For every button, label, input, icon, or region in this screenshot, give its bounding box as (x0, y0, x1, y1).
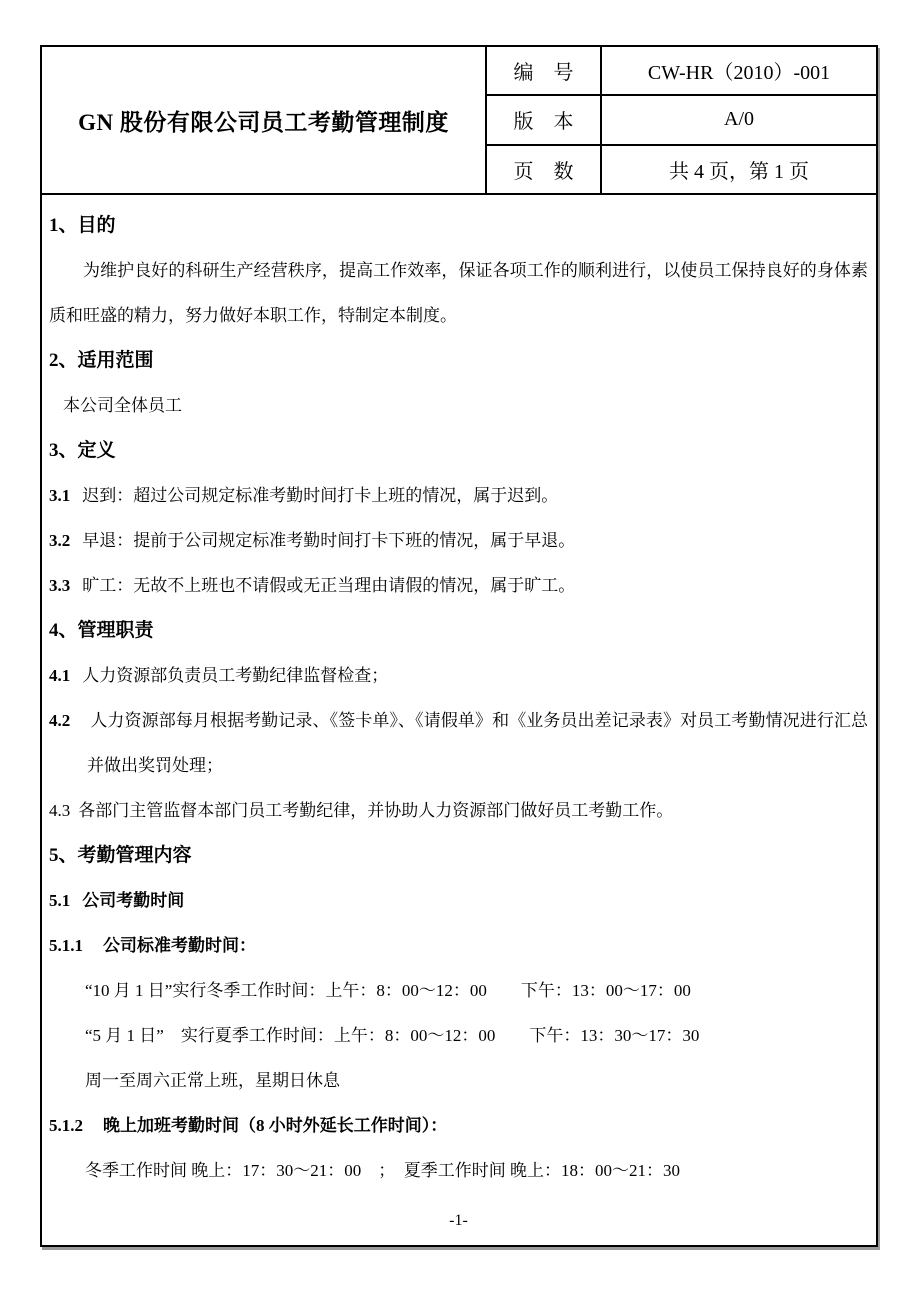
clause-4-2: 4.2人力资源部每月根据考勤记录、《签卡单》、《请假单》和《业务员出差记录表》对… (49, 698, 868, 788)
clause-5-1-1-number: 5.1.1 (49, 936, 83, 955)
clause-5-1-1: 5.1.1公司标准考勤时间： (49, 923, 868, 968)
winter-standard-hours: “10 月 1 日”实行冬季工作时间：上午：8：00～12：00 下午：13：0… (49, 968, 868, 1013)
clause-4-3-number: 4.3 (49, 801, 70, 820)
section-1-paragraph: 为维护良好的科研生产经营秩序，提高工作效率，保证各项工作的顺利进行，以使员工保持… (49, 248, 868, 338)
meta-value-number: CW-HR（2010）-001 (602, 47, 876, 94)
section-2-heading: 2、适用范围 (49, 338, 868, 383)
clause-4-1-number: 4.1 (49, 666, 70, 685)
meta-row-number: 编 号 CW-HR（2010）-001 (487, 47, 876, 94)
clause-3-1-text: 迟到：超过公司规定标准考勤时间打卡上班的情况，属于迟到。 (82, 486, 558, 505)
document-page: GN 股份有限公司员工考勤管理制度 编 号 CW-HR（2010）-001 版 … (40, 45, 878, 1247)
clause-4-3: 4.3各部门主管监督本部门员工考勤纪律，并协助人力资源部门做好员工考勤工作。 (49, 788, 868, 833)
meta-value-pages: 共 4 页，第 1 页 (602, 146, 876, 193)
clause-5-1-number: 5.1 (49, 891, 70, 910)
document-body: 1、目的 为维护良好的科研生产经营秩序，提高工作效率，保证各项工作的顺利进行，以… (42, 195, 876, 1245)
section-4-heading: 4、管理职责 (49, 608, 868, 653)
meta-label-pages: 页 数 (487, 146, 602, 193)
clause-3-2-text: 早退：提前于公司规定标准考勤时间打卡下班的情况，属于早退。 (82, 531, 575, 550)
clause-5-1-2-number: 5.1.2 (49, 1116, 83, 1135)
document-title: GN 股份有限公司员工考勤管理制度 (42, 47, 487, 193)
clause-4-3-text: 各部门主管监督本部门员工考勤纪律，并协助人力资源部门做好员工考勤工作。 (78, 801, 673, 820)
clause-3-1: 3.1迟到：超过公司规定标准考勤时间打卡上班的情况，属于迟到。 (49, 473, 868, 518)
meta-value-version: A/0 (602, 96, 876, 143)
meta-label-version: 版 本 (487, 96, 602, 143)
section-1-heading: 1、目的 (49, 203, 868, 248)
clause-5-1-2: 5.1.2晚上加班考勤时间（8 小时外延长工作时间）： (49, 1103, 868, 1148)
clause-5-1: 5.1公司考勤时间 (49, 878, 868, 923)
meta-label-number: 编 号 (487, 47, 602, 94)
clause-3-3-text: 旷工：无故不上班也不请假或无正当理由请假的情况，属于旷工。 (82, 576, 575, 595)
document-header-table: GN 股份有限公司员工考勤管理制度 编 号 CW-HR（2010）-001 版 … (42, 47, 876, 195)
meta-row-pages: 页 数 共 4 页，第 1 页 (487, 144, 876, 193)
clause-4-2-text: 人力资源部每月根据考勤记录、《签卡单》、《请假单》和《业务员出差记录表》对员工考… (87, 711, 868, 775)
clause-4-1-text: 人力资源部负责员工考勤纪律监督检查； (82, 666, 388, 685)
clause-5-1-1-title: 公司标准考勤时间： (103, 936, 256, 955)
clause-4-2-number: 4.2 (49, 711, 70, 730)
clause-4-1: 4.1人力资源部负责员工考勤纪律监督检查； (49, 653, 868, 698)
clause-3-1-number: 3.1 (49, 486, 70, 505)
clause-3-3: 3.3旷工：无故不上班也不请假或无正当理由请假的情况，属于旷工。 (49, 563, 868, 608)
document-meta-table: 编 号 CW-HR（2010）-001 版 本 A/0 页 数 共 4 页，第 … (487, 47, 876, 193)
clause-3-2-number: 3.2 (49, 531, 70, 550)
clause-5-1-title: 公司考勤时间 (82, 891, 184, 910)
section-2-paragraph: 本公司全体员工 (49, 383, 868, 428)
section-5-heading: 5、考勤管理内容 (49, 833, 868, 878)
overtime-hours: 冬季工作时间 晚上：17：30～21：00 ； 夏季工作时间 晚上：18：00～… (49, 1148, 868, 1193)
summer-standard-hours: “5 月 1 日” 实行夏季工作时间：上午：8：00～12：00 下午：13：3… (49, 1013, 868, 1058)
clause-5-1-2-title: 晚上加班考勤时间（8 小时外延长工作时间）： (103, 1116, 447, 1135)
page-number: -1- (49, 1209, 868, 1233)
meta-row-version: 版 本 A/0 (487, 94, 876, 143)
section-3-heading: 3、定义 (49, 428, 868, 473)
workweek-note: 周一至周六正常上班，星期日休息 (49, 1058, 868, 1103)
clause-3-3-number: 3.3 (49, 576, 70, 595)
clause-3-2: 3.2早退：提前于公司规定标准考勤时间打卡下班的情况，属于早退。 (49, 518, 868, 563)
